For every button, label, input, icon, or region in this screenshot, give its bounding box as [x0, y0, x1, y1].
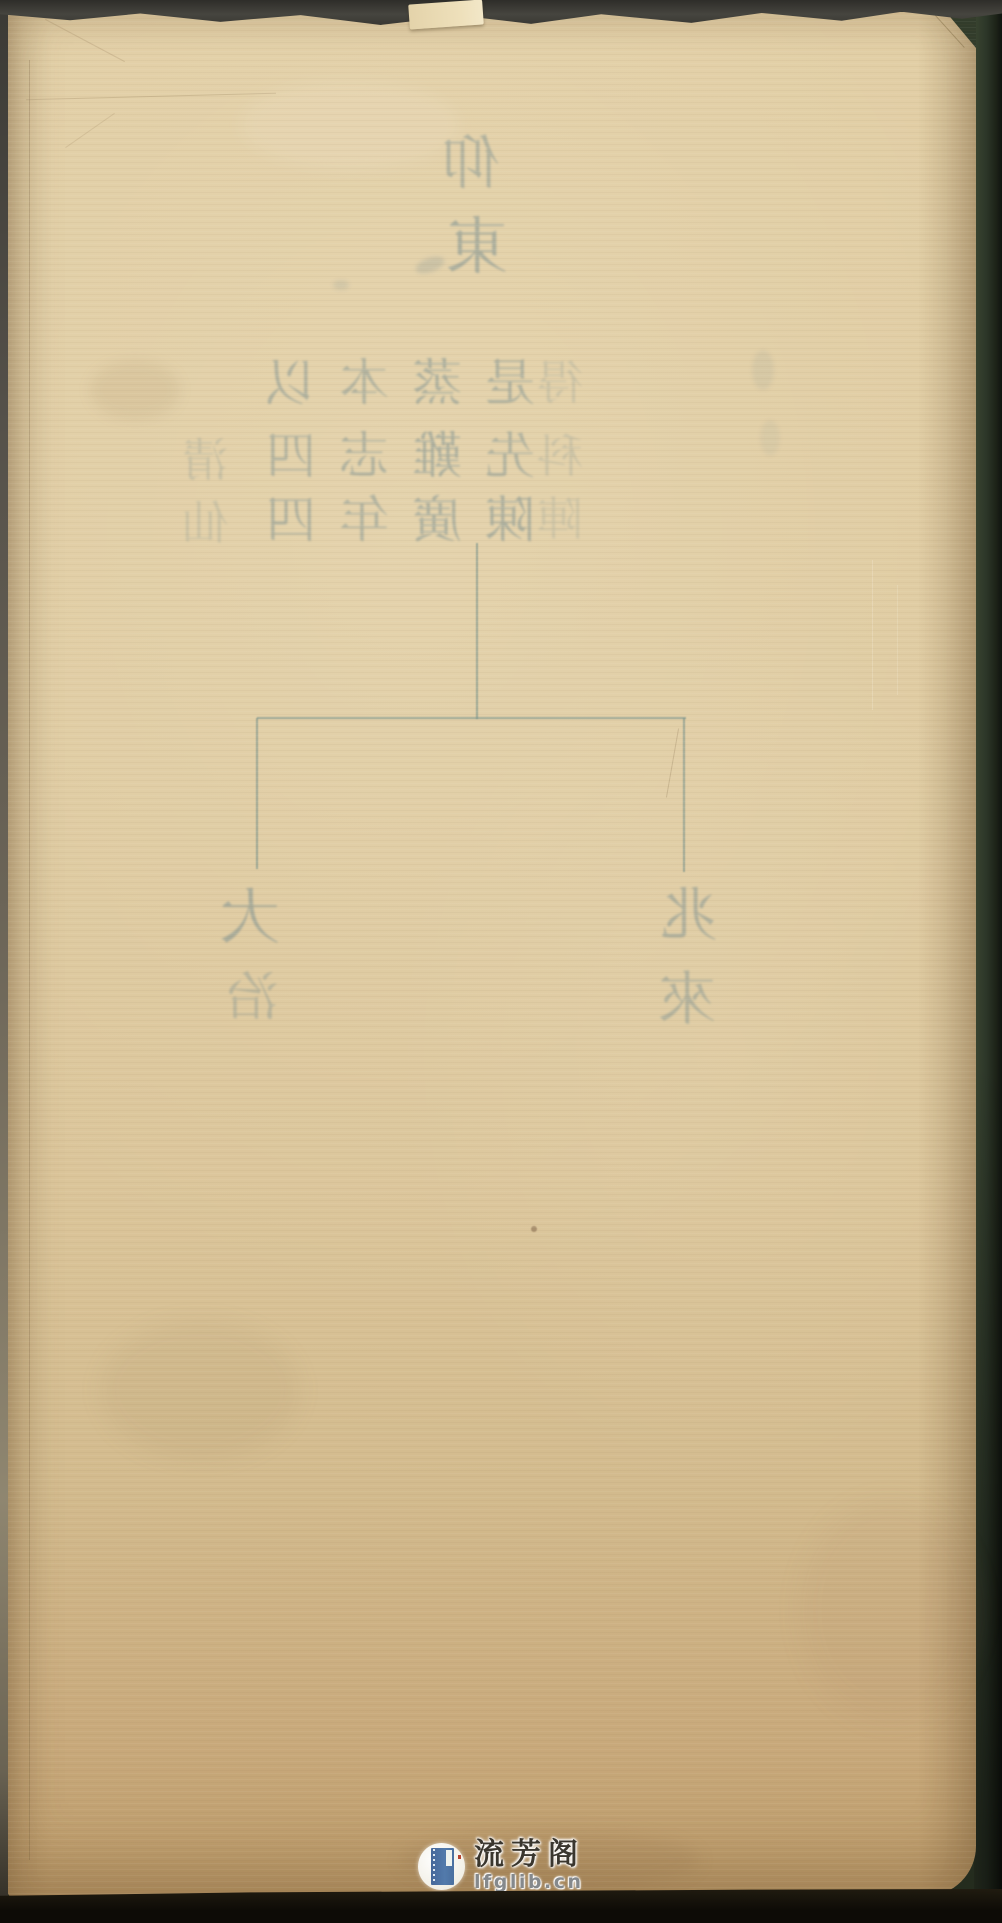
bleedthrough-char: 先 — [485, 431, 535, 481]
bleedthrough-char: 志 — [339, 431, 389, 481]
bleedthrough-char: 四 — [266, 495, 316, 545]
bleedthrough-char: 清 — [182, 437, 228, 483]
watermark: 流芳阁 lfglib.cn — [418, 1840, 585, 1892]
bleedthrough-char: 蒸 — [412, 358, 462, 408]
ink-smudge — [760, 420, 780, 456]
paper-crease — [897, 585, 898, 695]
paper-crease — [65, 113, 115, 148]
stitched-book-icon — [431, 1848, 454, 1885]
pedigree-drop-line-left — [256, 718, 258, 869]
bleedthrough-char: 東 — [446, 216, 508, 278]
bleedthrough-char: 年 — [339, 495, 389, 545]
bleedthrough-char: 陣 — [537, 496, 583, 542]
pedigree-horizontal-line — [257, 717, 686, 719]
ink-smudge — [333, 280, 349, 290]
cover-right-edge — [974, 0, 1002, 1923]
ink-speck — [531, 1226, 537, 1232]
paper-crease — [666, 728, 679, 797]
paper-crease — [872, 560, 873, 710]
binding-bottom-edge — [0, 1889, 1002, 1923]
watermark-badge — [418, 1843, 465, 1890]
paper-stain — [100, 1320, 300, 1460]
ink-smudge — [752, 350, 774, 390]
paper-grain-texture — [8, 12, 976, 1896]
paper-crease — [45, 19, 125, 62]
bleedthrough-char: 難 — [412, 431, 462, 481]
bleedthrough-char: 大 — [220, 888, 280, 948]
bleedthrough-char: 四 — [266, 431, 316, 481]
paper-crease — [26, 93, 276, 101]
bleedthrough-char: 是 — [485, 358, 535, 408]
bleedthrough-char: 得 — [537, 360, 583, 406]
bleedthrough-char: 本 — [339, 358, 389, 408]
paper-crease — [29, 60, 30, 1860]
bleedthrough-char: 科 — [537, 433, 583, 479]
bleedthrough-char: 兆 — [660, 886, 718, 944]
paper-stain — [90, 360, 180, 420]
bleedthrough-char: 以 — [266, 358, 316, 408]
watermark-text: 流芳阁 lfglib.cn — [474, 1840, 585, 1892]
paper-stain — [240, 80, 460, 170]
book-scan-page: 仰 東 以 本 蒸 是 四 志 難 先 四 年 廣 陳 清 仙 得 科 陣 大 … — [0, 0, 1002, 1923]
watermark-site-url: lfglib.cn — [474, 1873, 585, 1892]
bleedthrough-char: 治 — [227, 972, 279, 1024]
bleedthrough-char: 仰 — [442, 134, 500, 192]
watermark-site-name: 流芳阁 — [474, 1840, 585, 1870]
pedigree-drop-line-right — [683, 718, 685, 872]
paper-sheet: 仰 東 以 本 蒸 是 四 志 難 先 四 年 廣 陳 清 仙 得 科 陣 大 … — [8, 12, 976, 1896]
bleedthrough-char: 來 — [658, 970, 716, 1028]
paper-flap — [408, 0, 484, 30]
paper-stain — [800, 1500, 980, 1720]
bleedthrough-char: 仙 — [182, 500, 228, 546]
seal-icon — [458, 1855, 461, 1859]
bleedthrough-char: 陳 — [485, 495, 535, 545]
gutter-left-edge — [0, 0, 8, 1923]
ink-smudge — [414, 253, 447, 276]
pedigree-stem-line — [476, 543, 478, 719]
bleedthrough-char: 廣 — [412, 495, 462, 545]
